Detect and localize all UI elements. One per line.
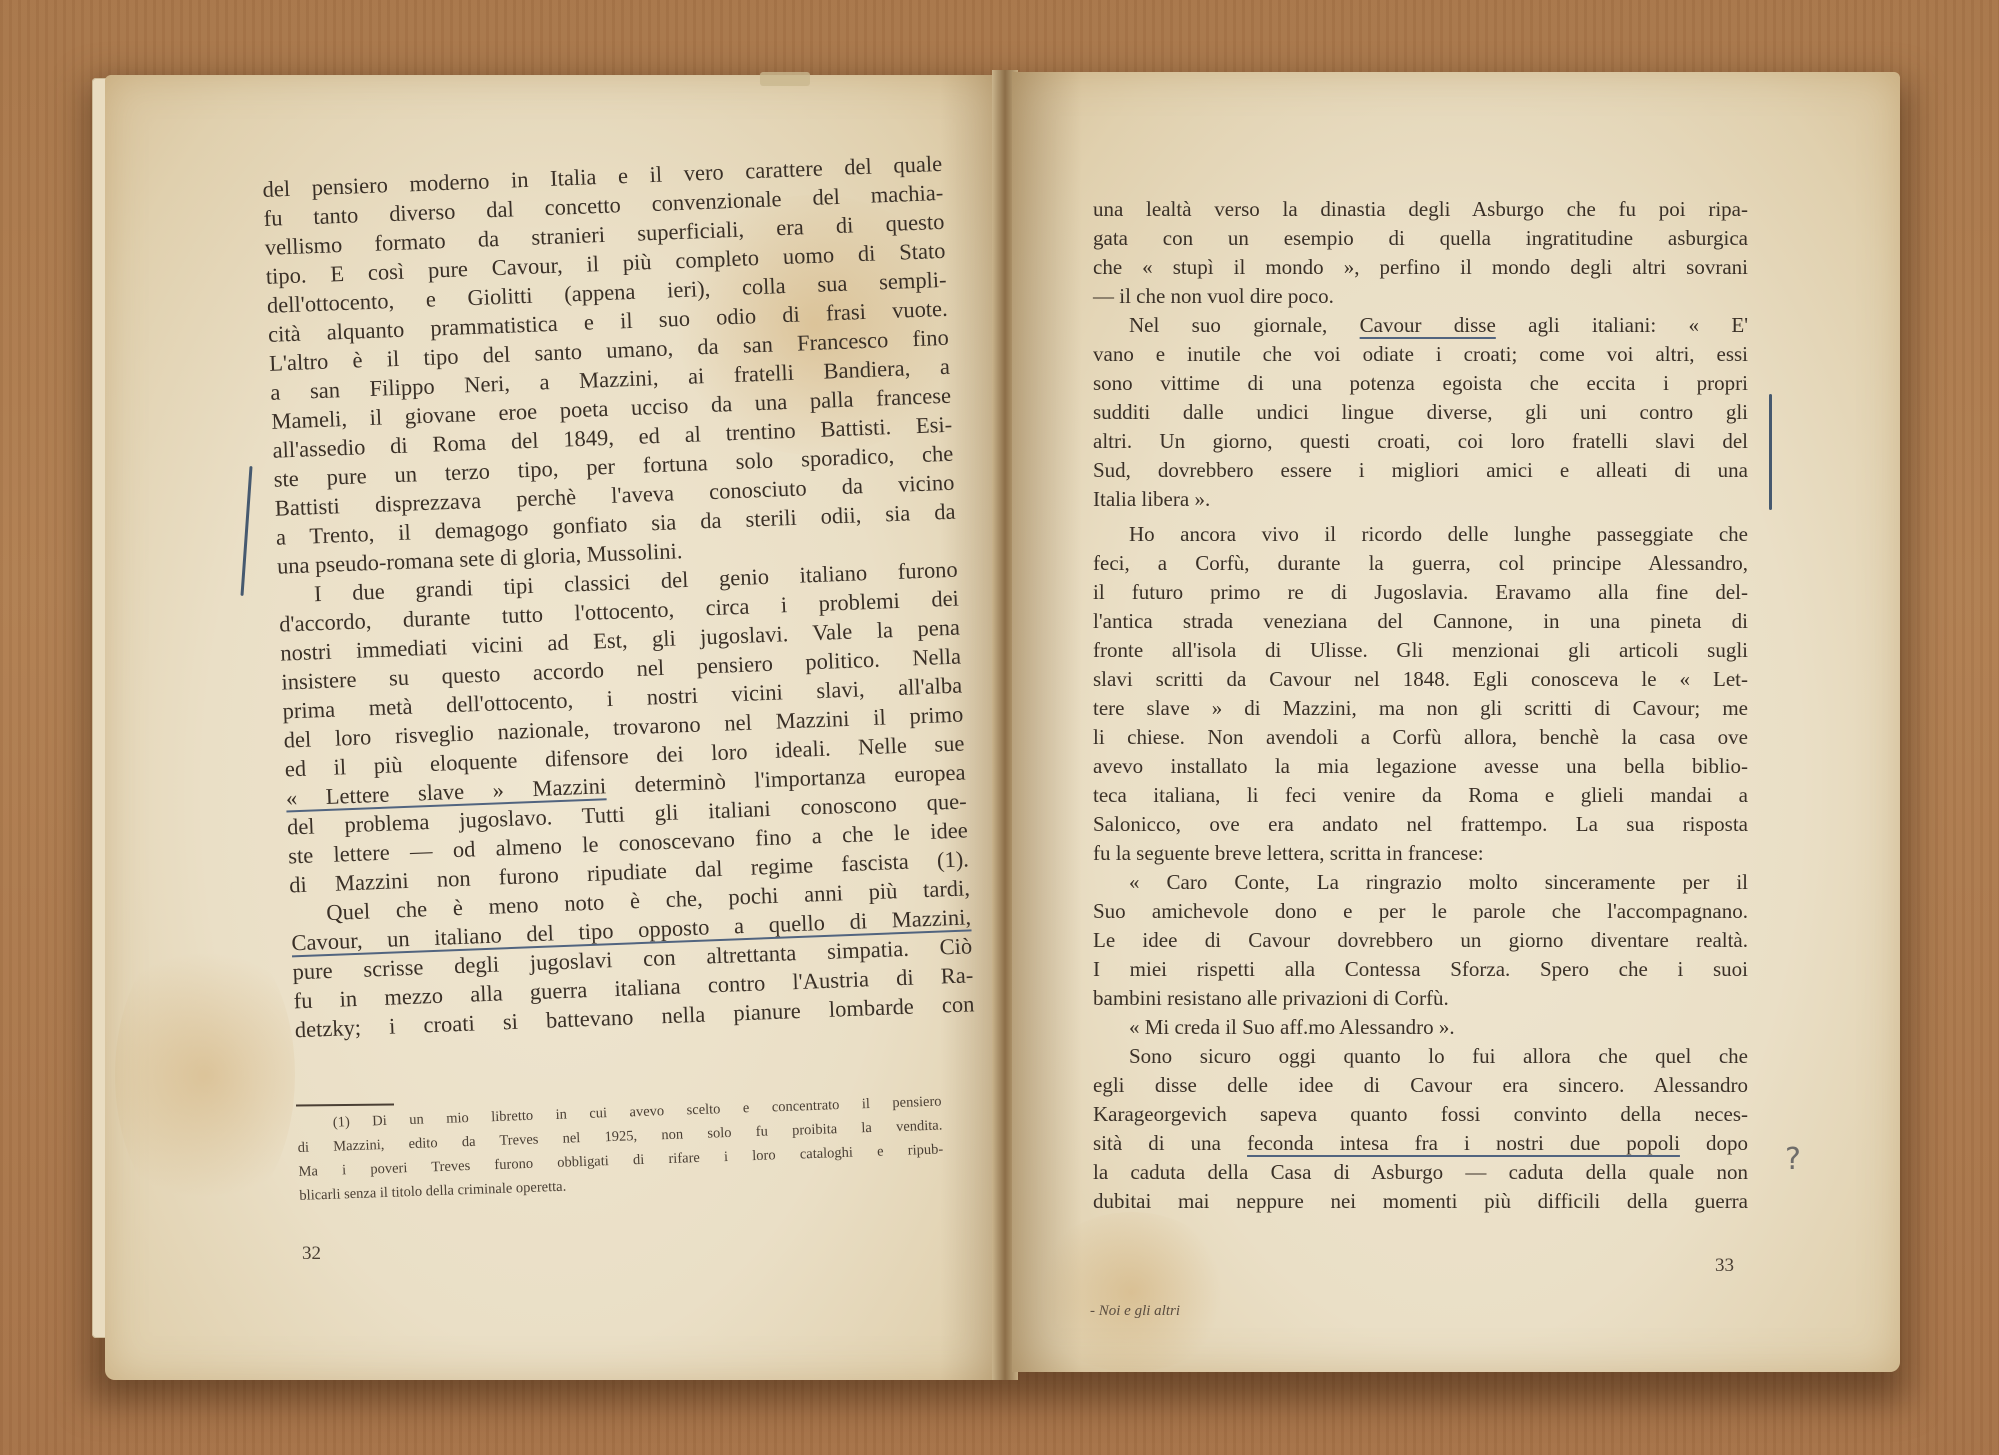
text-line: I miei rispetti alla Contessa Sforza. Sp…: [1093, 955, 1748, 984]
text-line: vano e inutile che voi odiate i croati; …: [1093, 340, 1748, 369]
paper-stain: [1032, 1212, 1232, 1372]
text-line: feci, a Corfù, durante la guerra, col pr…: [1093, 549, 1748, 578]
text-line: teca italiana, li feci venire da Roma e …: [1093, 781, 1748, 810]
text-line: il futuro primo re di Jugoslavia. Eravam…: [1093, 578, 1748, 607]
pencil-question-mark: ?: [1785, 1142, 1801, 1177]
text-line: sudditi dalle undici lingue diverse, gli…: [1093, 398, 1748, 427]
text-line: Karageorgevich sapeva quanto fossi convi…: [1093, 1100, 1748, 1129]
text-line: altri. Un giorno, questi croati, coi lor…: [1093, 427, 1748, 456]
text-line: Ho ancora vivo il ricordo delle lunghe p…: [1093, 520, 1748, 549]
paper-stain: [115, 925, 295, 1225]
page-number-right: 33: [1715, 1255, 1734, 1277]
right-page-body: una lealtà verso la dinastia degli Asbur…: [1093, 195, 1748, 1216]
text-line: Le idee di Cavour dovrebbero un giorno d…: [1093, 926, 1748, 955]
text-line: slavi scritti da Cavour nel 1848. Egli c…: [1093, 665, 1748, 694]
text-line: fu la seguente breve lettera, scritta in…: [1093, 839, 1748, 868]
text-line: dubitai mai neppure nei momenti più diff…: [1093, 1187, 1748, 1216]
text-line: Italia libera ».: [1093, 485, 1748, 514]
text-line: l'antica strada veneziana del Cannone, i…: [1093, 607, 1748, 636]
page-number-left: 32: [302, 1243, 321, 1265]
pen-underline: Cavour disse: [1360, 313, 1496, 337]
text-line: « Caro Conte, La ringrazio molto sincera…: [1093, 868, 1748, 897]
pen-underline: feconda intesa fra i nostri due popoli: [1247, 1131, 1680, 1155]
text-line: che « stupì il mondo », perfino il mondo…: [1093, 253, 1748, 282]
text-line: li chiese. Non avendoli a Corfù allora, …: [1093, 723, 1748, 752]
left-page-body: del pensiero moderno in Italia e il vero…: [262, 149, 975, 1044]
text-line: Suo amichevole dono e per le parole che …: [1093, 897, 1748, 926]
text-line: « Mi creda il Suo aff.mo Alessandro ».: [1093, 1013, 1748, 1042]
underlined-text-line: sità di una feconda intesa fra i nostri …: [1093, 1129, 1748, 1158]
text-line: una lealtà verso la dinastia degli Asbur…: [1093, 195, 1748, 224]
text-line: Sono sicuro oggi quanto lo fui allora ch…: [1093, 1042, 1748, 1071]
torn-page-tab: [760, 72, 810, 86]
text-line: sono vittime di una potenza egoista che …: [1093, 369, 1748, 398]
text-line: Salonicco, ove era andato nel frattempo.…: [1093, 810, 1748, 839]
footnote: (1) Di un mio libretto in cui avevo scel…: [296, 1075, 944, 1207]
text-line: bambini resistano alle privazioni di Cor…: [1093, 984, 1748, 1013]
text-line: fronte all'isola di Ulisse. Gli menziona…: [1093, 636, 1748, 665]
printer-signature: - Noi e gli altri: [1090, 1303, 1180, 1320]
text-line: tere slave » di Mazzini, ma non gli scri…: [1093, 694, 1748, 723]
text-line: la caduta della Casa di Asburgo — caduta…: [1093, 1158, 1748, 1187]
text-line: Sud, dovrebbero essere i migliori amici …: [1093, 456, 1748, 485]
text-line: gata con un esempio di quella ingratitud…: [1093, 224, 1748, 253]
pen-margin-mark: [1769, 394, 1772, 510]
text-line: avevo installato la mia legazione avesse…: [1093, 752, 1748, 781]
text-line: — il che non vuol dire poco.: [1093, 282, 1748, 311]
underlined-text-line: Nel suo giornale, Cavour disse agli ital…: [1093, 311, 1748, 340]
text-line: egli disse delle idee di Cavour era sinc…: [1093, 1071, 1748, 1100]
